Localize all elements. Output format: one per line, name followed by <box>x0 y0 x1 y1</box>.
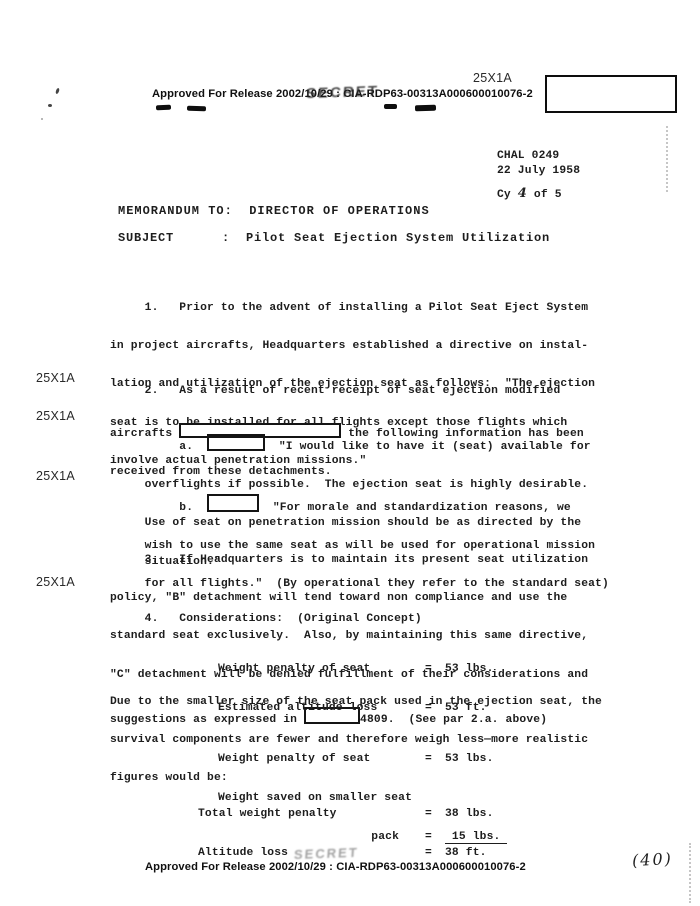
margin-label-25x1a: 25X1A <box>36 371 75 385</box>
scan-dash <box>415 105 436 112</box>
copy-number-line: Cy 4 of 5 <box>497 188 562 202</box>
scan-dash <box>156 105 171 111</box>
scan-dash <box>384 104 397 109</box>
margin-label-25x1a: 25X1A <box>36 469 75 483</box>
scan-dash <box>187 106 206 112</box>
margin-label-25x1a: 25X1A <box>36 575 75 589</box>
date-line: 22 July 1958 <box>497 165 580 178</box>
chal-number: CHAL 0249 <box>497 150 562 163</box>
scan-artifact <box>55 88 60 95</box>
scan-artifact <box>689 843 691 903</box>
scan-artifact <box>666 126 668 192</box>
handwritten-page-number: (40) <box>632 849 674 870</box>
scan-artifact <box>41 118 43 120</box>
redaction-box-top-right <box>545 75 677 113</box>
redaction-box-inline <box>207 434 265 451</box>
margin-label-25x1a: 25X1A <box>36 409 75 423</box>
table-row: Weight penalty of seat=53 lbs. <box>218 753 507 766</box>
secret-stamp-bottom: SECRET <box>293 845 359 862</box>
redaction-code-top: 25X1A <box>473 71 512 85</box>
table-row: Total weight penalty=38 lbs. <box>198 808 494 821</box>
redaction-box-inline <box>207 494 259 512</box>
approved-release-line-bottom: Approved For Release 2002/10/29 : CIA-RD… <box>145 861 526 873</box>
memorandum-to-line: MEMORANDUM TO: DIRECTOR OF OPERATIONS <box>118 205 430 218</box>
memo-page: Approved For Release 2002/10/29 : CIA-RD… <box>0 0 700 906</box>
secret-stamp-top: SECRET <box>305 83 379 103</box>
subject-line: SUBJECT : Pilot Seat Ejection System Uti… <box>118 232 550 245</box>
paragraph-4: 4. Considerations: (Original Concept) <box>110 613 422 626</box>
scan-artifact <box>48 104 52 107</box>
handwritten-copy-number: 4 <box>518 186 527 201</box>
